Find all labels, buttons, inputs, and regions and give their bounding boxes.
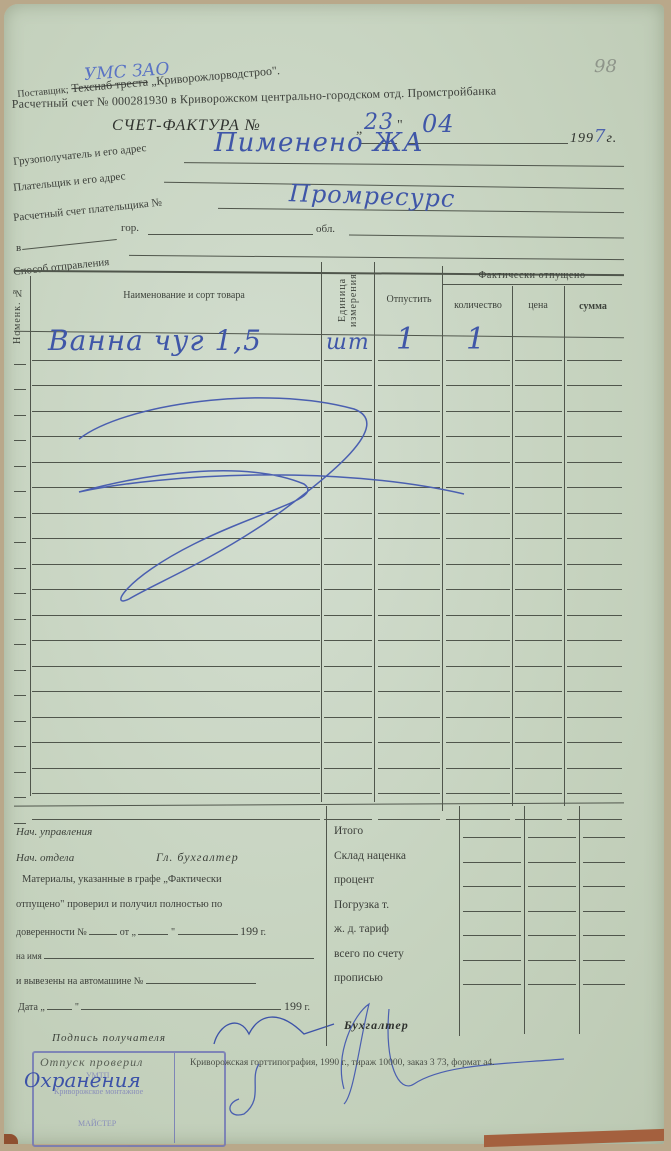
totals-label: прописью bbox=[334, 972, 383, 984]
header-amount: сумма bbox=[564, 301, 622, 312]
table-row-line bbox=[567, 462, 622, 463]
totals-cell-line bbox=[463, 960, 521, 961]
totals-cell-line bbox=[528, 886, 576, 887]
row-tick bbox=[14, 644, 26, 645]
row-1-name: Ванна чуг 1,5 bbox=[48, 324, 262, 357]
table-row-line bbox=[324, 538, 372, 539]
totals-label: всего по счету bbox=[334, 948, 404, 960]
table-row-line bbox=[324, 564, 372, 565]
table-row-line bbox=[378, 768, 440, 769]
table-row-line bbox=[446, 589, 510, 590]
handwritten-storage-note: Охранения bbox=[24, 1068, 141, 1092]
table-row-line bbox=[515, 793, 562, 794]
table-row-line bbox=[446, 564, 510, 565]
row-tick bbox=[14, 364, 26, 365]
table-row-line bbox=[515, 487, 562, 488]
header-to-release: Отпустить bbox=[376, 294, 442, 305]
table-row-line bbox=[515, 411, 562, 412]
exported-by-line: и вывезены на автомашине № bbox=[16, 976, 256, 987]
in-label: в bbox=[16, 242, 21, 254]
table-row-line bbox=[324, 742, 372, 743]
totals-cell-line bbox=[528, 862, 576, 863]
totals-label: Склад наценка bbox=[334, 850, 406, 862]
row-1-unit: шт bbox=[326, 330, 370, 355]
totals-cell-line bbox=[583, 960, 625, 961]
totals-cell-line bbox=[463, 837, 521, 838]
table-row-line bbox=[324, 666, 372, 667]
table-row-line bbox=[515, 615, 562, 616]
table-row-line bbox=[378, 462, 440, 463]
table-row-line bbox=[378, 538, 440, 539]
table-row-line bbox=[378, 793, 440, 794]
table-row-line bbox=[567, 487, 622, 488]
table-row-line bbox=[446, 538, 510, 539]
table-row-line bbox=[324, 360, 372, 361]
table-row-line bbox=[515, 513, 562, 514]
table-row-line bbox=[378, 666, 440, 667]
row-tick bbox=[14, 440, 26, 441]
row-tick bbox=[14, 670, 26, 671]
table-row-line bbox=[567, 768, 622, 769]
table-row-line bbox=[446, 691, 510, 692]
table-row-line bbox=[567, 742, 622, 743]
row-tick bbox=[14, 491, 26, 492]
table-row-line bbox=[515, 385, 562, 386]
row-tick bbox=[14, 823, 26, 824]
table-row-line bbox=[446, 487, 510, 488]
table-row-line bbox=[567, 385, 622, 386]
table-row-line bbox=[32, 487, 320, 488]
region-label: обл. bbox=[316, 223, 335, 235]
table-row-line bbox=[32, 411, 320, 412]
recipient-signature-label: Подпись получателя bbox=[52, 1032, 166, 1044]
totals-cell-line bbox=[583, 862, 625, 863]
table-row-line bbox=[324, 691, 372, 692]
row-tick bbox=[14, 619, 26, 620]
table-row-line bbox=[446, 462, 510, 463]
table-row-line bbox=[324, 640, 372, 641]
header-name: Наименование и сорт товара bbox=[64, 290, 304, 301]
totals-label: процент bbox=[334, 874, 374, 886]
table-row-line bbox=[446, 666, 510, 667]
head-of-management: Нач. управления bbox=[16, 826, 92, 838]
table-row-line bbox=[324, 615, 372, 616]
city-label: гор. bbox=[121, 222, 139, 234]
in-name-line: на имя bbox=[16, 951, 314, 961]
row-tick bbox=[14, 542, 26, 543]
table-row-line bbox=[378, 385, 440, 386]
table-row-line bbox=[515, 666, 562, 667]
print-info: Криворожская горттипография, 1990 г., ти… bbox=[190, 1058, 495, 1068]
header-quantity: количество bbox=[443, 300, 513, 311]
row-tick bbox=[14, 593, 26, 594]
totals-cell-line bbox=[463, 935, 521, 936]
table-row-line bbox=[515, 360, 562, 361]
totals-label: ж. д. тариф bbox=[334, 923, 389, 935]
table-row-line bbox=[378, 640, 440, 641]
table-row-line bbox=[515, 538, 562, 539]
totals-cell-line bbox=[528, 837, 576, 838]
accountant-label: Бухгалтер bbox=[344, 1018, 409, 1033]
table-row-line bbox=[32, 768, 320, 769]
table-row-line bbox=[324, 793, 372, 794]
power-of-attorney-line: доверенности № от „ " 199 г. bbox=[16, 924, 266, 939]
page-edge bbox=[484, 1129, 664, 1147]
table-row-line bbox=[515, 742, 562, 743]
table-row-line bbox=[446, 513, 510, 514]
invoice-page: 98 УМС ЗАО Поставщик; Техснаб треста „Кр… bbox=[4, 4, 664, 1144]
table-row-line bbox=[324, 385, 372, 386]
table-row-line bbox=[567, 819, 622, 820]
totals-cell-line bbox=[583, 837, 625, 838]
table-row-line bbox=[324, 819, 372, 820]
totals-cell-line bbox=[583, 886, 625, 887]
totals-cell-line bbox=[583, 911, 625, 912]
table-row-line bbox=[446, 360, 510, 361]
table-row-line bbox=[515, 589, 562, 590]
table-row-line bbox=[446, 768, 510, 769]
table-row-line bbox=[378, 691, 440, 692]
row-tick bbox=[14, 568, 26, 569]
table-row-line bbox=[378, 487, 440, 488]
table-row-line bbox=[324, 462, 372, 463]
totals-cell-line bbox=[463, 886, 521, 887]
table-row-line bbox=[324, 436, 372, 437]
table-row-line bbox=[324, 717, 372, 718]
table-row-line bbox=[378, 436, 440, 437]
table-row-line bbox=[446, 819, 510, 820]
table-row-line bbox=[515, 640, 562, 641]
table-row-line bbox=[446, 411, 510, 412]
table-row-line bbox=[32, 691, 320, 692]
invoice-month: 04 bbox=[422, 110, 455, 138]
header-item-no: Номенк. № bbox=[12, 284, 23, 344]
totals-cell-line bbox=[583, 984, 625, 985]
row-1-quantity: 1 bbox=[466, 322, 486, 357]
table-row-line bbox=[378, 615, 440, 616]
supplier-name: „Криворожлорводстроо". bbox=[150, 63, 280, 88]
header-actually-released: Фактически отпущено bbox=[444, 270, 620, 281]
table-row-line bbox=[567, 615, 622, 616]
totals-cell-line bbox=[463, 862, 521, 863]
table-row-line bbox=[378, 360, 440, 361]
row-tick bbox=[14, 721, 26, 722]
payer-account-value: Промресурс bbox=[289, 179, 456, 213]
totals-cell-line bbox=[463, 984, 521, 985]
table-row-line bbox=[32, 538, 320, 539]
totals-cell-line bbox=[583, 935, 625, 936]
table-row-line bbox=[515, 462, 562, 463]
row-tick bbox=[14, 466, 26, 467]
totals-label: Итого bbox=[334, 825, 363, 837]
table-row-line bbox=[515, 768, 562, 769]
supplier-struck-text: Техснаб треста bbox=[71, 75, 149, 96]
table-row-line bbox=[32, 360, 320, 361]
table-row-line bbox=[567, 513, 622, 514]
table-row-line bbox=[567, 691, 622, 692]
table-row-line bbox=[567, 793, 622, 794]
table-row-line bbox=[515, 819, 562, 820]
table-row-line bbox=[378, 819, 440, 820]
table-row-line bbox=[567, 436, 622, 437]
table-row-line bbox=[567, 589, 622, 590]
table-row-line bbox=[324, 768, 372, 769]
totals-label: Погрузка т. bbox=[334, 899, 389, 911]
table-row-line bbox=[32, 564, 320, 565]
table-row-line bbox=[32, 666, 320, 667]
table-row-line bbox=[567, 564, 622, 565]
totals-cell-line bbox=[528, 984, 576, 985]
header-price: цена bbox=[512, 300, 564, 311]
table-row-line bbox=[515, 564, 562, 565]
table-row-line bbox=[446, 385, 510, 386]
row-tick bbox=[14, 415, 26, 416]
page-edge-left bbox=[4, 1134, 18, 1144]
payer-account-label: Расчетный счет плательщика № bbox=[13, 196, 163, 224]
table-row-line bbox=[567, 640, 622, 641]
row-tick bbox=[14, 772, 26, 773]
table-row-line bbox=[32, 589, 320, 590]
table-row-line bbox=[378, 717, 440, 718]
totals-cell-line bbox=[528, 960, 576, 961]
totals-cell-line bbox=[463, 911, 521, 912]
table-row-line bbox=[32, 793, 320, 794]
table-row-line bbox=[378, 589, 440, 590]
table-row-line bbox=[32, 615, 320, 616]
table-row-line bbox=[515, 691, 562, 692]
table-row-line bbox=[32, 462, 320, 463]
table-row-line bbox=[324, 589, 372, 590]
table-row-line bbox=[32, 742, 320, 743]
table-row-line bbox=[567, 717, 622, 718]
row-tick bbox=[14, 695, 26, 696]
table-row-line bbox=[515, 436, 562, 437]
table-row-line bbox=[378, 513, 440, 514]
shipping-method-label: Способ отправления bbox=[13, 256, 110, 278]
totals-cell-line bbox=[528, 911, 576, 912]
row-tick bbox=[14, 746, 26, 747]
table-row-line bbox=[32, 640, 320, 641]
payer-label: Плательщик и его адрес bbox=[13, 170, 126, 194]
table-row-line bbox=[32, 717, 320, 718]
table-row-line bbox=[32, 436, 320, 437]
table-row-line bbox=[446, 742, 510, 743]
table-row-line bbox=[32, 819, 320, 820]
table-row-line bbox=[324, 411, 372, 412]
page-number: 98 bbox=[594, 56, 617, 77]
table-row-line bbox=[324, 487, 372, 488]
table-row-line bbox=[567, 538, 622, 539]
table-row-line bbox=[378, 411, 440, 412]
chief-accountant: Гл. бухгалтер bbox=[156, 850, 239, 865]
table-row-line bbox=[446, 717, 510, 718]
date-line: Дата „ " 199 г. bbox=[18, 999, 310, 1014]
header-unit: Единица измерения bbox=[337, 266, 361, 334]
table-row-line bbox=[446, 615, 510, 616]
table-row-line bbox=[446, 793, 510, 794]
row-tick bbox=[14, 517, 26, 518]
row-tick bbox=[14, 797, 26, 798]
table-row-line bbox=[378, 564, 440, 565]
consignee-label: Грузополучатель и его адрес bbox=[13, 142, 147, 168]
table-row-line bbox=[324, 513, 372, 514]
table-row-line bbox=[567, 666, 622, 667]
invoice-year: 1997г. bbox=[570, 126, 617, 147]
totals-cell-line bbox=[528, 935, 576, 936]
table-row-line bbox=[32, 385, 320, 386]
table-row-line bbox=[446, 436, 510, 437]
table-row-line bbox=[378, 742, 440, 743]
head-of-department: Нач. отдела bbox=[16, 852, 74, 864]
table-row-line bbox=[567, 411, 622, 412]
row-tick bbox=[14, 389, 26, 390]
materials-text-1: Материалы, указанные в графе „Фактически bbox=[22, 874, 222, 885]
row-1-to-release: 1 bbox=[396, 322, 416, 357]
consignee-value: Пименено ЖА bbox=[214, 128, 424, 158]
table-row-line bbox=[32, 513, 320, 514]
table-row-line bbox=[446, 640, 510, 641]
table-row-line bbox=[515, 717, 562, 718]
table-row-line bbox=[567, 360, 622, 361]
materials-text-2: отпущено" проверил и получил полностью п… bbox=[16, 899, 222, 910]
